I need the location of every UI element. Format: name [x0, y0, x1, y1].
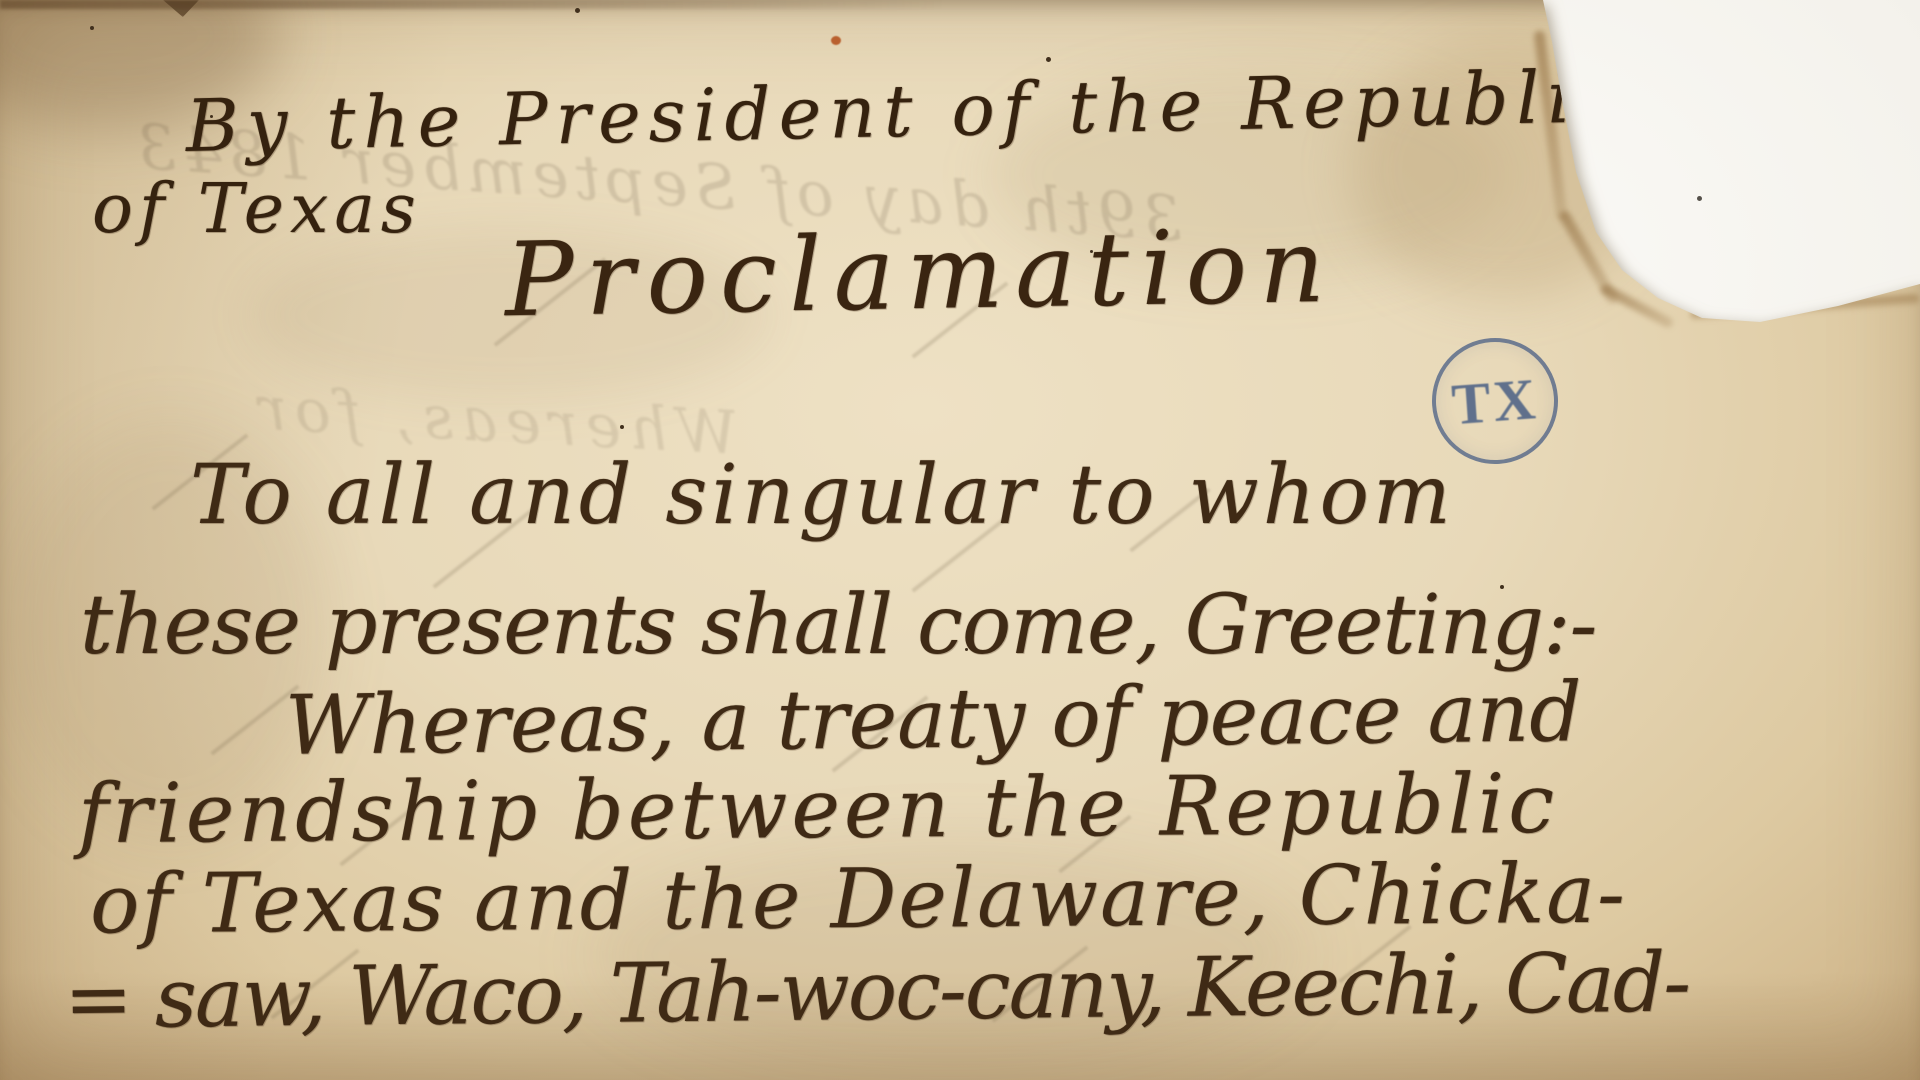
tx-stamp-label: TX — [1449, 365, 1540, 438]
body-line: these presents shall come, Greeting:- — [80, 578, 1596, 673]
manuscript-paper: 39th day of September 1843 Whereas, for … — [0, 0, 1920, 1080]
paper-speck — [965, 648, 968, 651]
paper-speck — [575, 8, 580, 13]
paper-speck — [210, 115, 213, 118]
tear-edge — [1599, 283, 1674, 329]
tear-edge — [1690, 294, 1920, 320]
paper-speck — [90, 26, 94, 30]
body-line: = saw, Waco, Tah-woc-cany, Keechi, Cad- — [64, 935, 1690, 1047]
heading-by-the-president: By the President of the Republic — [185, 54, 1627, 168]
paper-speck — [620, 425, 624, 429]
heading-of-texas: of Texas — [92, 170, 422, 249]
body-line: friendship between the Republic — [78, 757, 1559, 862]
body-line: of Texas and the Delaware, Chicka- — [90, 847, 1627, 953]
paper-top-edge-shadow — [0, 0, 1050, 9]
document-title-proclamation: Proclamation — [504, 207, 1338, 340]
backing-speck — [1697, 196, 1702, 201]
manuscript-paper-wrapper: 39th day of September 1843 Whereas, for … — [0, 0, 1920, 1080]
paper-speck-orange — [831, 36, 841, 45]
scanned-document-page: 39th day of September 1843 Whereas, for … — [0, 0, 1920, 1080]
body-line: To all and singular to whom — [190, 448, 1455, 543]
paper-speck — [1090, 250, 1093, 253]
paper-speck — [1046, 57, 1051, 62]
paper-speck — [1500, 585, 1504, 589]
